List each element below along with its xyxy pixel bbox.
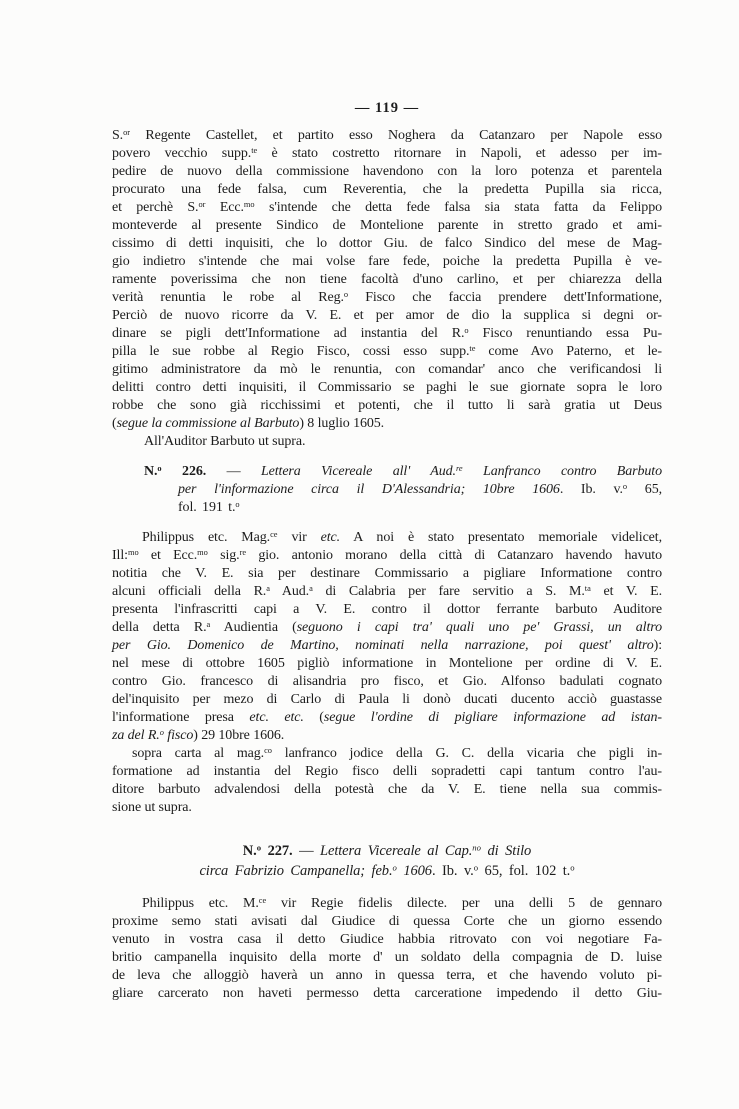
text-line: Ill:mo et Ecc.mo sig.re gio. antonio mor…	[112, 547, 662, 565]
text-line: nel mese di ottobre 1605 pigliò informat…	[112, 655, 662, 673]
text-line: proxime semo stati avisati dal Giudice d…	[112, 913, 662, 931]
entry-227-heading: N.o 227. — Lettera Vicereale al Cap.no d…	[112, 841, 662, 881]
text-line: della detta R.a Audientia (seguono i cap…	[112, 619, 662, 637]
text-line: per Gio. Domenico de Martino, nominati n…	[112, 637, 662, 655]
text-line: delitti contro detti inquisiti, il Commi…	[112, 379, 662, 397]
text-line: sione ut supra.	[112, 799, 662, 817]
text-line: fol. 191 t.o	[178, 499, 662, 517]
continuation-paragraph: S.or Regente Castellet, et partito esso …	[112, 127, 662, 451]
text-line: procurato una fede falsa, cum Reverentia…	[112, 181, 662, 199]
text-line: robbe che sono già ricchissimi et potent…	[112, 397, 662, 415]
page-number: — 119 —	[112, 100, 662, 117]
text-line: del'inquisito per mezo di Carlo di Paula…	[112, 691, 662, 709]
text-line: sopra carta al mag.co lanfranco jodice d…	[112, 745, 662, 763]
text-line: notitia che V. E. sia per destinare Comm…	[112, 565, 662, 583]
text-line: S.or Regente Castellet, et partito esso …	[112, 127, 662, 145]
entry-226-body: Philippus etc. Mag.ce vir etc. A noi è s…	[112, 529, 662, 817]
text-line: Philippus etc. M.ce vir Regie fidelis di…	[112, 895, 662, 913]
text-line: cissimo di detti inquisiti, che lo dotto…	[112, 235, 662, 253]
text-line: alcuni officiali della R.a Aud.a di Cala…	[112, 583, 662, 601]
text-line: (segue la commissione al Barbuto) 8 lugl…	[112, 415, 662, 433]
text-line: gliare carcerato non haveti permesso det…	[112, 985, 662, 1003]
text-line: de leva che alloggiò haverà un anno in q…	[112, 967, 662, 985]
text-line: pilla le sue robbe al Regio Fisco, cossi…	[112, 343, 662, 361]
entry-227-body: Philippus etc. M.ce vir Regie fidelis di…	[112, 895, 662, 1003]
text-line: per l'informazione circa il D'Alessandri…	[178, 481, 662, 499]
text-line: ramente poverissima che non tiene facolt…	[112, 271, 662, 289]
text-line: za del R.o fisco) 29 10bre 1606.	[112, 727, 662, 745]
document-page: { "page": { "number": "— 119 —" }, "bloc…	[0, 0, 739, 1109]
text-line: pedire de nuovo della commissione havend…	[112, 163, 662, 181]
entry-226-heading: N.o 226. — Lettera Vicereale all' Aud.re…	[112, 463, 662, 517]
text-line: verità renuntia le robe al Reg.o Fisco c…	[112, 289, 662, 307]
text-line: et perchè S.or Ecc.mo s'intende che dett…	[112, 199, 662, 217]
text-line: N.o 226. — Lettera Vicereale all' Aud.re…	[144, 463, 662, 481]
scanned-page: — 119 — S.or Regente Castellet, et parti…	[0, 0, 739, 1109]
text-line: ditore barbuto advalendosi della potestà…	[112, 781, 662, 799]
text-line: contro Gio. francesco di alisandria pro …	[112, 673, 662, 691]
text-line: N.o 227. — Lettera Vicereale al Cap.no d…	[112, 841, 662, 861]
text-line: l'informatione presa etc. etc. (segue l'…	[112, 709, 662, 727]
text-line: formatione ad instantia del Regio fisco …	[112, 763, 662, 781]
text-line: circa Fabrizio Campanella; feb.o 1606. I…	[112, 861, 662, 881]
text-line: venuto in vostra casa il detto Giudice h…	[112, 931, 662, 949]
text-line: gio indietro s'intende che mai volse far…	[112, 253, 662, 271]
text-line: Perciò de nuovo ricorre da V. E. et per …	[112, 307, 662, 325]
text-line: Philippus etc. Mag.ce vir etc. A noi è s…	[112, 529, 662, 547]
text-line: presenta l'infrascritti capi a V. E. con…	[112, 601, 662, 619]
text-line: dinare se pigli dett'Informatione ad ins…	[112, 325, 662, 343]
text-column: S.or Regente Castellet, et partito esso …	[112, 127, 662, 1003]
text-line: All'Auditor Barbuto ut supra.	[112, 433, 662, 451]
text-line: gitimo administratore da mò le renuntia,…	[112, 361, 662, 379]
text-line: monteverde al presente Sindico de Montel…	[112, 217, 662, 235]
text-line: povero vecchio supp.te è stato costretto…	[112, 145, 662, 163]
text-line: britio campanella inquisito della morte …	[112, 949, 662, 967]
